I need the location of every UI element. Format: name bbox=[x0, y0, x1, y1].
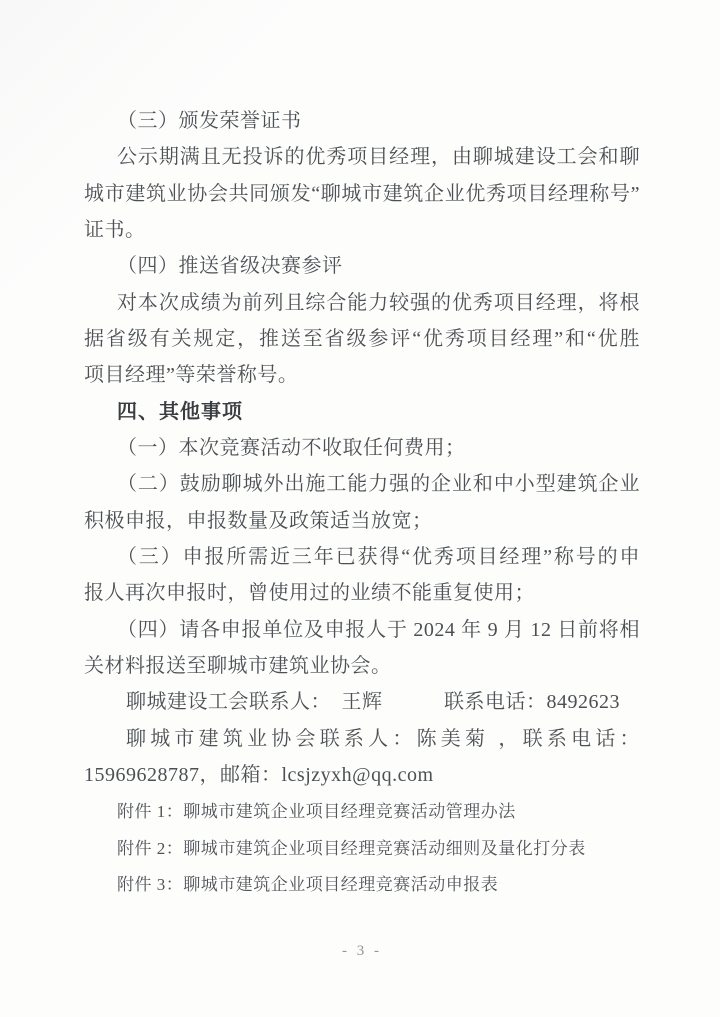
paragraph-line: 项目经理”等荣誉称号。 bbox=[84, 362, 640, 388]
other-item-4: （四）请各申报单位及申报人于 2024 年 9 月 12 日前将相 bbox=[84, 617, 640, 643]
paragraph-line: 对本次成绩为前列且综合能力较强的优秀项目经理，将根 bbox=[84, 290, 640, 316]
part-4-heading: 四、其他事项 bbox=[84, 399, 640, 425]
page-number: - 3 - bbox=[84, 941, 640, 961]
section-4-heading: （四）推送省级决赛参评 bbox=[84, 253, 640, 279]
paragraph-line: 公示期满且无投诉的优秀项目经理，由聊城建设工会和聊 bbox=[84, 144, 640, 170]
other-item-3: （三）申报所需近三年已获得“优秀项目经理”称号的申 bbox=[84, 544, 640, 570]
contact-line-association: 聊城市建筑业协会联系人：陈美菊 ，联系电话： bbox=[84, 726, 640, 752]
attachment-2: 附件 2：聊城市建筑企业项目经理竞赛活动细则及量化打分表 bbox=[84, 837, 640, 860]
other-item-1: （一）本次竞赛活动不收取任何费用； bbox=[84, 435, 640, 461]
other-item-2-cont: 积极申报，申报数量及政策适当放宽； bbox=[84, 508, 640, 534]
paragraph-line: 城市建筑业协会共同颁发“聊城市建筑企业优秀项目经理称号” bbox=[84, 181, 640, 207]
attachment-1: 附件 1：聊城市建筑企业项目经理竞赛活动管理办法 bbox=[84, 800, 640, 823]
contact-line-union: 聊城建设工会联系人： 王辉 联系电话：8492623 bbox=[84, 689, 640, 715]
scanned-document-page: （三）颁发荣誉证书 公示期满且无投诉的优秀项目经理，由聊城建设工会和聊 城市建筑… bbox=[0, 0, 720, 1017]
attachment-3: 附件 3：聊城市建筑企业项目经理竞赛活动申报表 bbox=[84, 873, 640, 896]
section-3-heading: （三）颁发荣誉证书 bbox=[84, 108, 640, 134]
other-item-2: （二）鼓励聊城外出施工能力强的企业和中小型建筑企业 bbox=[84, 471, 640, 497]
paragraph-line: 证书。 bbox=[84, 217, 640, 243]
contact-line-phone-email: 15969628787，邮箱：lcsjzyxh@qq.com bbox=[84, 762, 640, 788]
other-item-3-cont: 报人再次申报时，曾使用过的业绩不能重复使用； bbox=[84, 580, 640, 606]
paragraph-line: 据省级有关规定，推送至省级参评“优秀项目经理”和“优胜 bbox=[84, 326, 640, 352]
other-item-4-cont: 关材料报送至聊城市建筑业协会。 bbox=[84, 653, 640, 679]
